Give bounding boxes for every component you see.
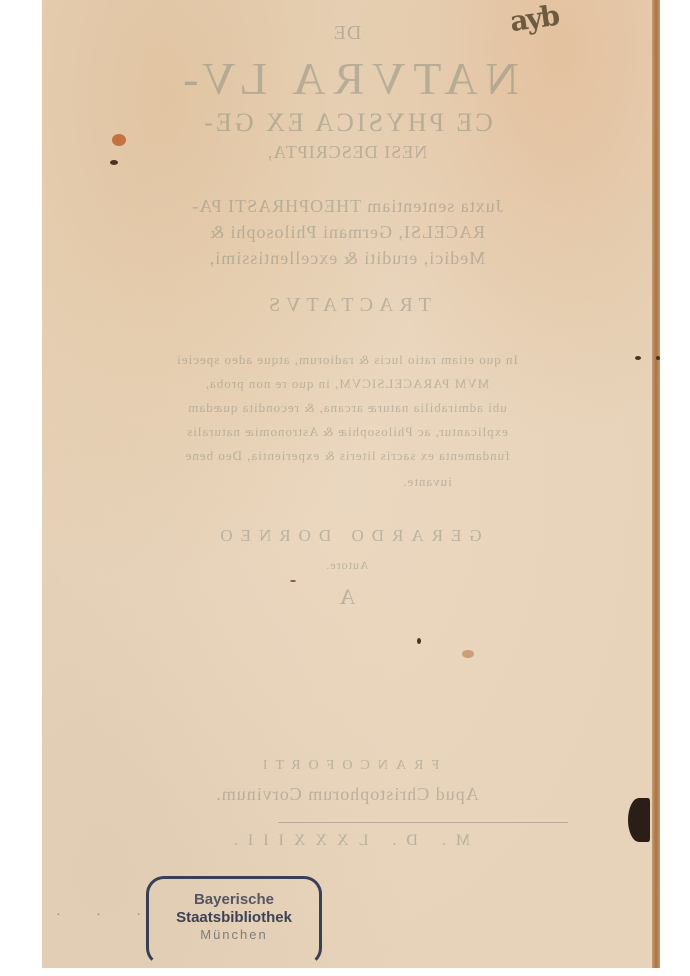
- bleed-text-line: RACELSI, Germani Philosophi &: [42, 222, 652, 243]
- page-edge: [652, 0, 660, 968]
- bleed-text-line: MVM PARACELSICVM, in quo re non proba,: [42, 376, 652, 392]
- bleed-text-autore: Autore.: [42, 558, 652, 573]
- bleed-text-line: explicantur, ac Philosophiæ & Astronomiæ…: [42, 424, 652, 440]
- bleed-text-subtitle-2: NESI DESCRIPTA,: [42, 142, 652, 163]
- bleed-text-line: iuvante.: [42, 474, 652, 490]
- bleed-text-subtitle: CE PHYSICA EX GE-: [42, 108, 652, 138]
- scanned-page: DE NATVRA LV- CE PHYSICA EX GE- NESI DES…: [42, 0, 652, 968]
- bleed-text-line: Medici, eruditi & excellentissimi,: [42, 248, 652, 269]
- burn-mark: [628, 798, 650, 842]
- stain: [112, 134, 126, 146]
- spot: [417, 638, 421, 644]
- bleed-text-author: GERARDO DORNEO: [42, 526, 652, 546]
- stain: [462, 650, 474, 658]
- spot: [110, 160, 118, 165]
- bleed-text-title: NATVRA LV-: [42, 52, 652, 105]
- bleed-text-letter: A: [42, 584, 652, 610]
- library-stamp: Bayerische Staatsbibliothek München: [146, 876, 322, 966]
- bleed-text-line: In quo etiam ratio lucis & radiorum, atq…: [42, 352, 652, 368]
- rule-line: [278, 822, 568, 823]
- bleed-text-tractatus: TRACTATVS: [42, 294, 652, 317]
- bleed-text-place: FRANCOFORTI: [42, 758, 652, 774]
- handwritten-mark: ayb: [508, 0, 560, 38]
- margin-dots: · · ·: [56, 908, 157, 924]
- stamp-line-1: Bayerische: [149, 891, 319, 908]
- stamp-line-3: München: [149, 927, 319, 942]
- stamp-line-2: Staatsbibliothek: [149, 909, 319, 926]
- bleed-text-line: ubi admirabilia naturæ arcana, & recondi…: [42, 400, 652, 416]
- bleed-text-printer: Apud Christophorum Corvinum.: [42, 784, 652, 805]
- bleed-text-line: fundamenta ex sacris literis & experient…: [42, 448, 652, 464]
- edge-dot: [656, 356, 660, 360]
- bleed-text-line: Juxta sententiam THEOPHRASTI PA-: [42, 196, 652, 217]
- bleed-text-de: DE: [42, 22, 652, 45]
- edge-dot: [635, 356, 641, 360]
- bleed-text-date: M. D. LXXXIII.: [42, 832, 652, 850]
- spot: [290, 580, 296, 582]
